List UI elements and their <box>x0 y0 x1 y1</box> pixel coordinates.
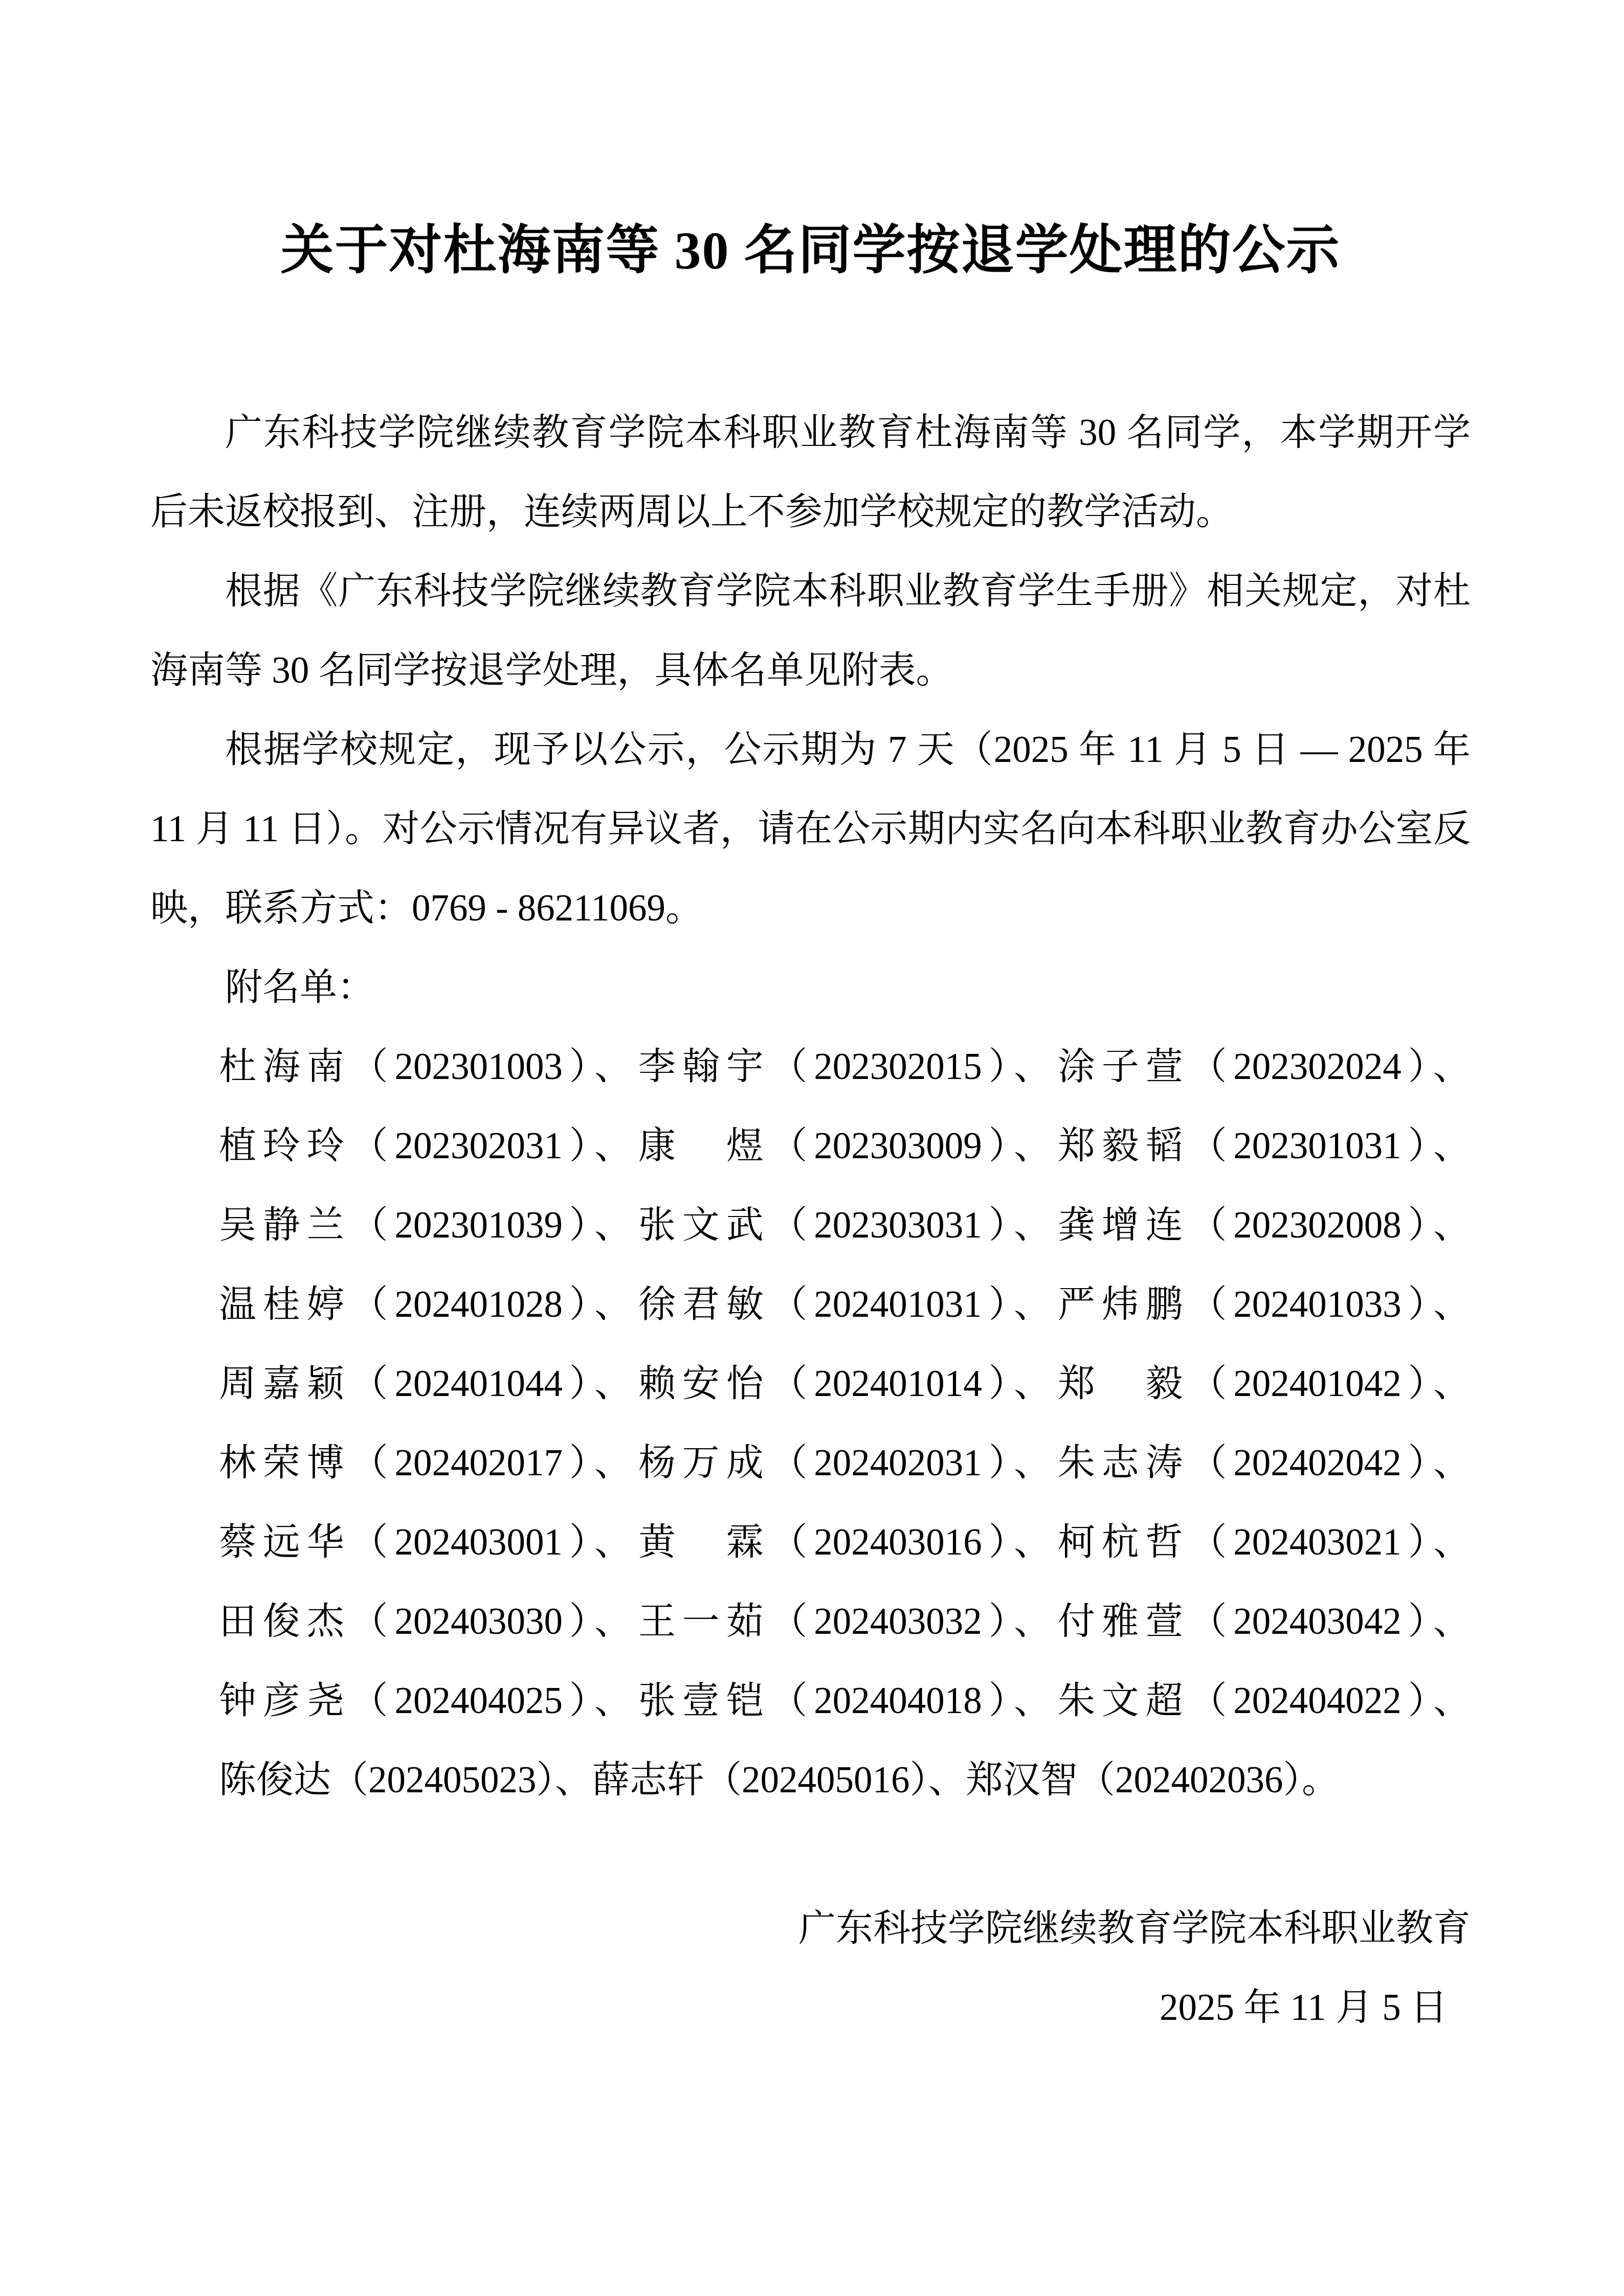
name-row: 蔡远华（202403001）、黄 霖（202403016）、柯杭哲（202403… <box>219 1502 1471 1582</box>
signature-block: 广东科技学院继续教育学院本科职业教育 2025 年 11 月 5 日 <box>150 1888 1471 2047</box>
document-page: 关于对杜海南等 30 名同学按退学处理的公示 广东科技学院继续教育学院本科职业教… <box>0 0 1624 2296</box>
notice-body: 广东科技学院继续教育学院本科职业教育杜海南等 30 名同学，本学期开学后未返校报… <box>150 393 1471 2047</box>
paragraph-regulation: 根据《广东科技学院继续教育学院本科职业教育学生手册》相关规定，对杜海南等 30 … <box>150 551 1471 710</box>
name-row: 钟彦尧（202404025）、张壹铠（202404018）、朱文超（202404… <box>219 1661 1471 1740</box>
issuer-signature: 广东科技学院继续教育学院本科职业教育 <box>150 1888 1471 1968</box>
name-list: 杜海南（202301003）、李翰宇（202302015）、涂子萱（202302… <box>219 1027 1471 1819</box>
name-row: 周嘉颖（202401044）、赖安怡（202401014）、郑 毅（202401… <box>219 1344 1471 1423</box>
issue-date: 2025 年 11 月 5 日 <box>150 1968 1471 2047</box>
name-row: 吴静兰（202301039）、张文武（202303031）、龚增连（202302… <box>219 1185 1471 1265</box>
document-content: 关于对杜海南等 30 名同学按退学处理的公示 广东科技学院继续教育学院本科职业教… <box>0 0 1624 2047</box>
attachment-label: 附名单： <box>150 948 1471 1027</box>
name-row: 温桂婷（202401028）、徐君敏（202401031）、严炜鹏（202401… <box>219 1265 1471 1344</box>
name-row: 田俊杰（202403030）、王一茹（202403032）、付雅萱（202403… <box>219 1582 1471 1661</box>
name-row: 植玲玲（202302031）、康 煜（202303009）、郑毅韬（202301… <box>219 1106 1471 1185</box>
paragraph-publicity-period: 根据学校规定，现予以公示，公示期为 7 天（2025 年 11 月 5 日 — … <box>150 710 1471 948</box>
paragraph-situation: 广东科技学院继续教育学院本科职业教育杜海南等 30 名同学，本学期开学后未返校报… <box>150 393 1471 551</box>
name-row: 陈俊达（202405023）、薛志轩（202405016）、郑汉智（202402… <box>219 1740 1471 1819</box>
name-row: 杜海南（202301003）、李翰宇（202302015）、涂子萱（202302… <box>219 1027 1471 1106</box>
notice-title: 关于对杜海南等 30 名同学按退学处理的公示 <box>150 0 1471 288</box>
name-row: 林荣博（202402017）、杨万成（202402031）、朱志涛（202402… <box>219 1423 1471 1502</box>
